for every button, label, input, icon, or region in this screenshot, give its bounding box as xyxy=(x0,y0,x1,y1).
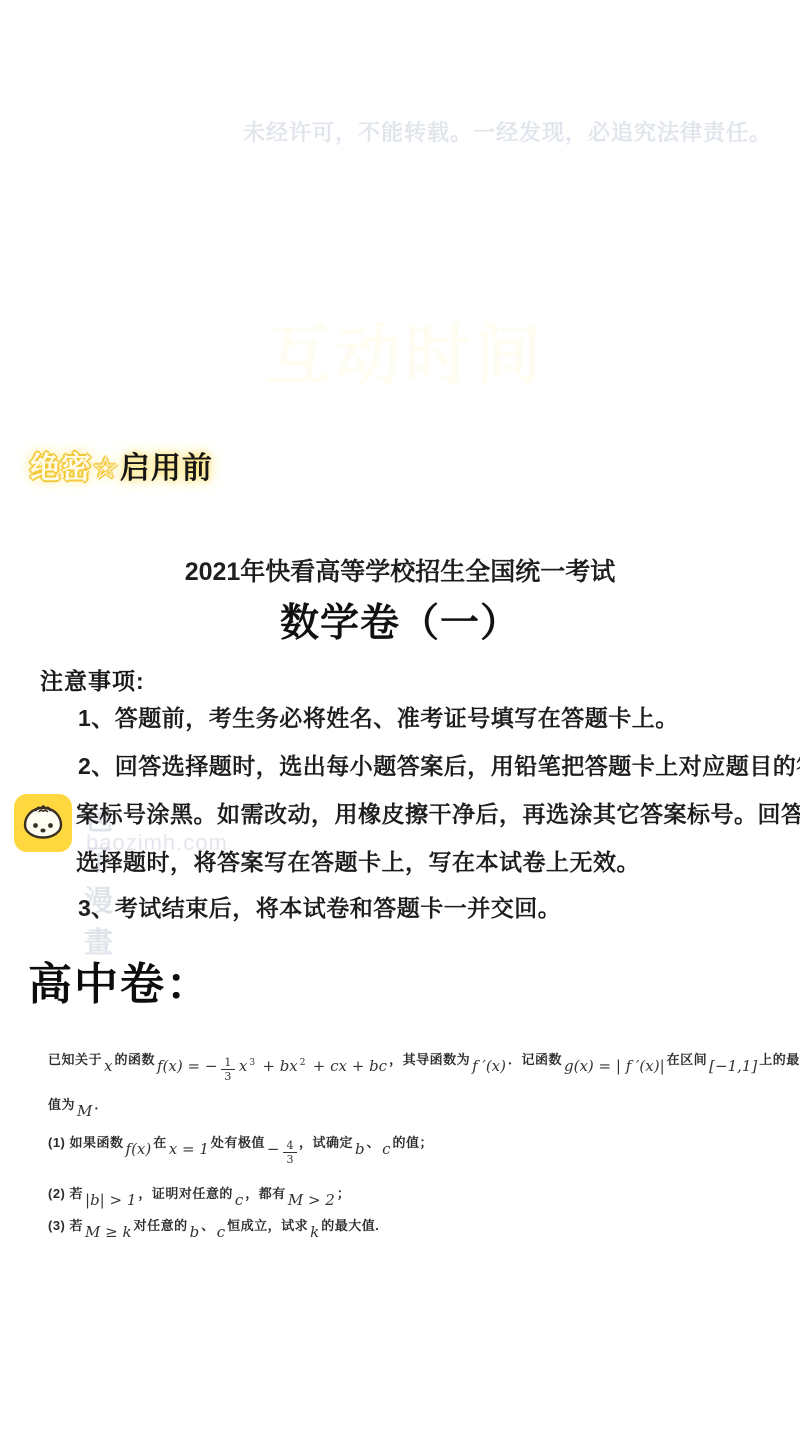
notice-line-2-cont: 案标号涂黑。如需改动，用橡皮擦干净后，再选涂其它答案标号。回答非 xyxy=(76,796,800,829)
secrecy-classified-text: 绝密☆ xyxy=(30,452,120,485)
secrecy-before-use-text: 启用前 xyxy=(120,452,213,485)
notice-heading: 注意事项: xyxy=(40,663,145,696)
notice-line-2: 2、回答选择题时，选出每小题答案后，用铅笔把答题卡上对应题目的答 xyxy=(78,748,800,781)
exam-subtitle: 数学卷（一） xyxy=(0,592,800,648)
secrecy-label: 绝密☆启用前 xyxy=(30,443,213,487)
notice-line-2-cont2: 选择题时，将答案写在答题卡上，写在本试卷上无效。 xyxy=(76,844,640,877)
notice-line-1: 1、答题前，考生务必将姓名、准考证号填写在答题卡上。 xyxy=(78,700,679,733)
copyright-watermark: 未经许可，不能转载。一经发现，必追究法律责任。 xyxy=(243,116,772,147)
exam-title: 2021年快看高等学校招生全国统一考试 xyxy=(0,552,800,588)
problem-line-1: 已知关于x的函数f(x) = −13x3 + bx2 + cx + bc，其导函… xyxy=(48,1048,800,1073)
problem-line-2: 值为M． xyxy=(48,1094,108,1113)
notice-line-3: 3、考试结束后，将本试卷和答题卡一并交回。 xyxy=(78,890,561,923)
section-title: 高中卷： xyxy=(28,948,212,1012)
exam-document-page: 未经许可，不能转载。一经发现，必追究法律责任。 互动时间 绝密☆启用前 2021… xyxy=(0,0,800,1435)
hero-title: 互动时间 xyxy=(0,302,800,397)
baozi-bun-icon xyxy=(14,794,72,852)
problem-question-1: (1) 如果函数f(x)在x = 1处有极值−43，试确定b、c的值； xyxy=(48,1131,433,1156)
problem-question-3: (3) 若M ≥ k对任意的b、c恒成立，试求k的最大值. xyxy=(48,1215,379,1234)
problem-question-2: (2) 若|b| > 1，证明对任意的c，都有M > 2； xyxy=(48,1183,350,1202)
